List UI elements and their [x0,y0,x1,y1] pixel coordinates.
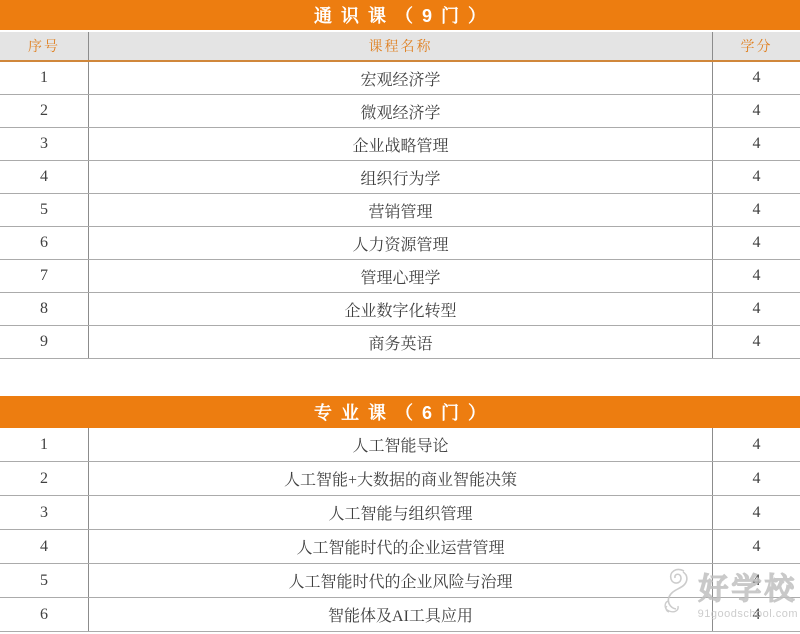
major-courses-table: 专业课（6门） 1 人工智能导论 4 2 人工智能+大数据的商业智能决策 4 3… [0,396,800,632]
table-row: 2 人工智能+大数据的商业智能决策 4 [0,462,800,496]
course-name: 人工智能导论 [88,428,713,461]
course-name: 企业战略管理 [88,128,713,160]
general-courses-title: 通识课（9门） [0,0,800,30]
row-index: 9 [0,326,88,358]
course-name: 人工智能与组织管理 [88,496,713,529]
course-name: 组织行为学 [88,161,713,193]
course-credit: 4 [713,428,800,461]
course-credit: 4 [713,530,800,563]
table-row: 3 企业战略管理 4 [0,128,800,161]
row-index: 4 [0,161,88,193]
row-index: 2 [0,462,88,495]
course-name: 企业数字化转型 [88,293,713,325]
row-index: 1 [0,428,88,461]
column-header-course: 课程名称 [88,32,713,60]
course-credit: 4 [713,564,800,597]
column-header-index: 序号 [0,32,88,60]
course-name: 人工智能+大数据的商业智能决策 [88,462,713,495]
table-row: 5 营销管理 4 [0,194,800,227]
table-row: 1 人工智能导论 4 [0,428,800,462]
table-row: 6 智能体及AI工具应用 4 [0,598,800,632]
course-credit: 4 [713,462,800,495]
row-index: 4 [0,530,88,563]
row-index: 5 [0,564,88,597]
table-row: 6 人力资源管理 4 [0,227,800,260]
table-row: 3 人工智能与组织管理 4 [0,496,800,530]
course-credit: 4 [713,95,800,127]
table-row: 1 宏观经济学 4 [0,62,800,95]
course-name: 管理心理学 [88,260,713,292]
course-credit: 4 [713,260,800,292]
table-row: 5 人工智能时代的企业风险与治理 4 [0,564,800,598]
course-credit: 4 [713,194,800,226]
table-row: 4 组织行为学 4 [0,161,800,194]
course-name: 商务英语 [88,326,713,358]
course-name: 智能体及AI工具应用 [88,598,713,631]
row-index: 8 [0,293,88,325]
course-credit: 4 [713,161,800,193]
course-name: 人工智能时代的企业风险与治理 [88,564,713,597]
table-row: 8 企业数字化转型 4 [0,293,800,326]
course-credit: 4 [713,598,800,631]
row-index: 5 [0,194,88,226]
row-index: 6 [0,227,88,259]
major-courses-title: 专业课（6门） [0,396,800,428]
course-credit: 4 [713,326,800,358]
course-credit: 4 [713,496,800,529]
course-name: 人工智能时代的企业运营管理 [88,530,713,563]
course-name: 人力资源管理 [88,227,713,259]
row-index: 6 [0,598,88,631]
course-name: 微观经济学 [88,95,713,127]
general-courses-table: 通识课（9门） 序号 课程名称 学分 1 宏观经济学 4 2 微观经济学 4 3… [0,0,800,359]
table-row: 7 管理心理学 4 [0,260,800,293]
row-index: 2 [0,95,88,127]
table-row: 9 商务英语 4 [0,326,800,359]
course-name: 营销管理 [88,194,713,226]
section-divider-space [0,359,800,396]
course-credit: 4 [713,62,800,94]
course-name: 宏观经济学 [88,62,713,94]
course-credit: 4 [713,128,800,160]
table-row: 2 微观经济学 4 [0,95,800,128]
column-header-credit: 学分 [713,32,800,60]
table-row: 4 人工智能时代的企业运营管理 4 [0,530,800,564]
row-index: 7 [0,260,88,292]
row-index: 1 [0,62,88,94]
row-index: 3 [0,128,88,160]
column-header-row: 序号 课程名称 学分 [0,32,800,62]
course-credit: 4 [713,293,800,325]
course-credit: 4 [713,227,800,259]
row-index: 3 [0,496,88,529]
